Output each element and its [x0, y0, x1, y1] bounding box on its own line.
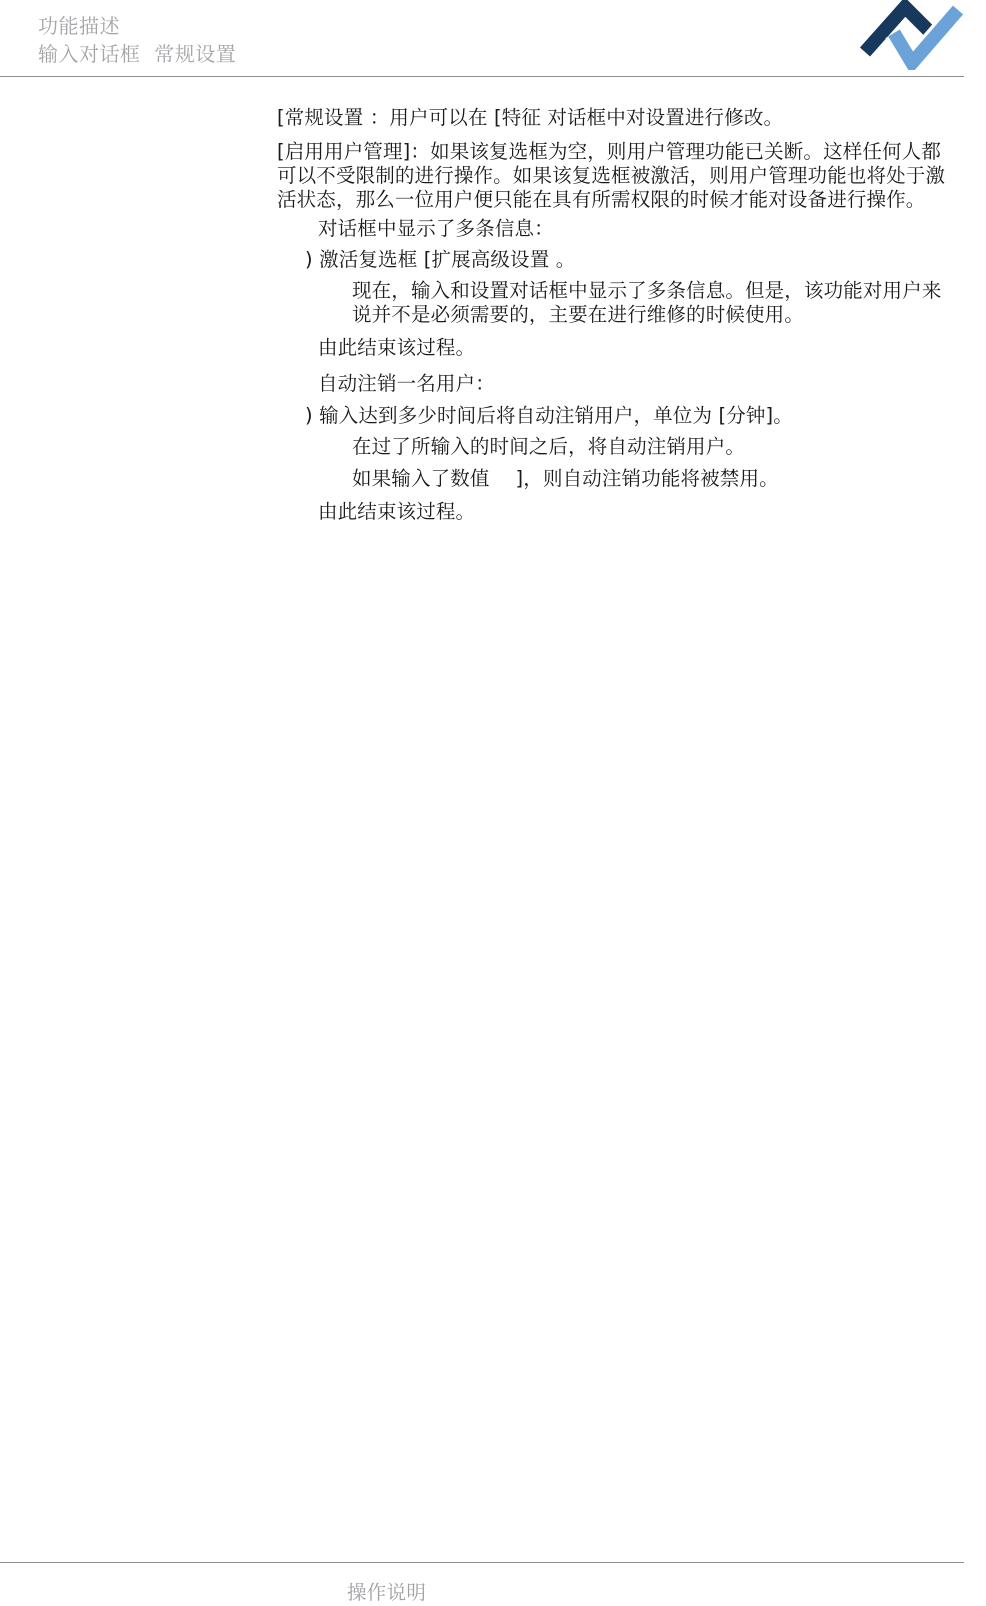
paragraph-line: 活状态，那么一位用户便只能在具有所需权限的时候才能对设备进行操作。: [277, 188, 925, 212]
step-text-line: 由此结束该过程。: [318, 336, 475, 360]
indented-note-line: 说并不是必须需要的，主要在进行维修的时候使用。: [352, 303, 804, 327]
footer-document-type: 操作说明: [347, 1577, 426, 1605]
header-chapter-title: 功能描述: [38, 13, 120, 39]
list-item-line: ) 激活复选框 [扩展高级设置 。: [305, 248, 575, 272]
paragraph-line: 可以不受限制的进行操作。如果该复选框被激活，则用户管理功能也将处于激: [277, 164, 945, 188]
list-item-line: ) 输入达到多少时间后将自动注销用户，单位为 [分钟]。: [305, 404, 793, 428]
paragraph-line: [启用用户管理]：如果该复选框为空，则用户管理功能已关断。这样任何人都: [277, 140, 941, 164]
step-text-line: 由此结束该过程。: [318, 500, 475, 524]
step-text-line: 自动注销一名用户：: [318, 372, 495, 396]
brand-logo: [855, 0, 965, 70]
footer-divider: [0, 1562, 964, 1563]
indented-note-line: 在过了所输入的时间之后，将自动注销用户。: [352, 435, 745, 459]
document-page: 功能描述 输入对话框 常规设置 [常规设置 ：用户可以在 [特征 对话框中对设置…: [0, 0, 986, 1606]
header-divider: [0, 76, 964, 77]
paragraph-line: [常规设置 ：用户可以在 [特征 对话框中对设置进行修改。: [277, 106, 783, 130]
header-section-title: 输入对话框 常规设置: [38, 41, 236, 67]
indented-note-line: 现在，输入和设置对话框中显示了多条信息。但是，该功能对用户来: [352, 279, 942, 303]
indented-note-line: 如果输入了数值 ]，则自动注销功能将被禁用。: [352, 467, 779, 491]
step-text-line: 对话框中显示了多条信息：: [318, 217, 554, 241]
